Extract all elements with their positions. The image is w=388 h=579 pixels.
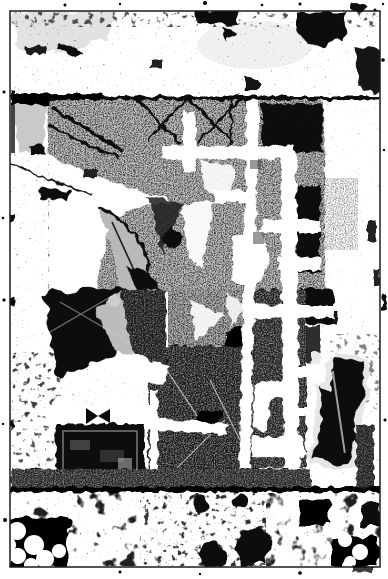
- page: [0, 0, 388, 579]
- right-dark-strip-grain: [356, 425, 374, 487]
- photo-figure: [0, 0, 388, 579]
- decayed-wall-photo: [0, 0, 388, 579]
